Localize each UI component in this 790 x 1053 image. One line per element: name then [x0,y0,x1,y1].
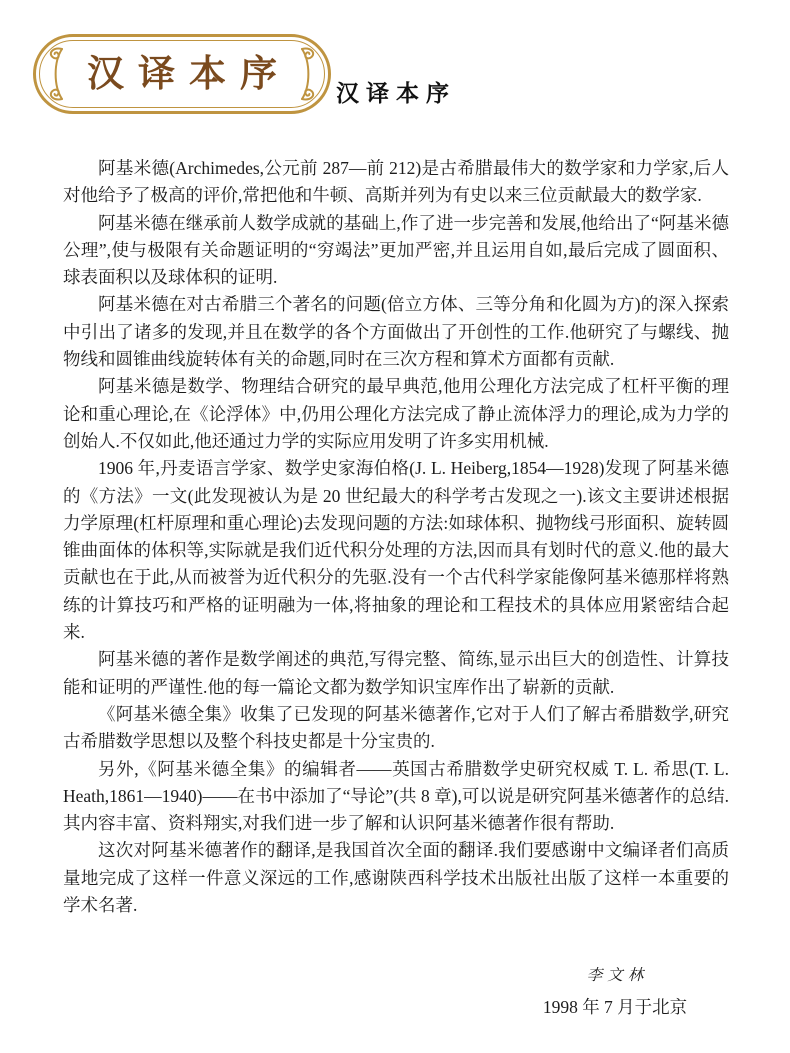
paragraph: 阿基米德在对古希腊三个著名的问题(倍立方体、三等分角和化圆为方)的深入探索中引出… [63,291,729,373]
paragraph: 阿基米德的著作是数学阐述的典范,写得完整、简练,显示出巨大的创造性、计算技能和证… [63,646,729,701]
paragraph: 阿基米德在继承前人数学成就的基础上,作了进一步完善和发展,他给出了“阿基米德公理… [63,210,729,292]
scroll-ornament-right-icon [296,46,318,102]
page-title: 汉译本序 [336,82,456,105]
preface-body: 阿基米德(Archimedes,公元前 287—前 212)是古希腊最伟大的数学… [63,155,729,919]
chapter-title-badge-inner-frame: 汉译本序 [39,40,325,108]
book-page: 汉译本序 汉译本序 阿基米德(Archimedes,公元前 287—前 212)… [0,0,790,1053]
chapter-title-badge-text: 汉译本序 [87,56,291,93]
paragraph: 阿基米德是数学、物理结合研究的最早典范,他用公理化方法完成了杠杆平衡的理论和重心… [63,373,729,455]
paragraph: 《阿基米德全集》收集了已发现的阿基米德著作,它对于人们了解古希腊数学,研究古希腊… [63,701,729,756]
paragraph: 另外,《阿基米德全集》的编辑者——英国古希腊数学史研究权威 T. L. 希思(T… [63,756,729,838]
scroll-ornament-left-icon [46,46,68,102]
paragraph: 阿基米德(Archimedes,公元前 287—前 212)是古希腊最伟大的数学… [63,155,729,210]
signature-author: 李文林 [500,968,735,984]
signature-block: 李文林 1998 年 7 月于北京 [500,968,730,1016]
paragraph: 1906 年,丹麦语言学家、数学史家海伯格(J. L. Heiberg,1854… [63,455,729,646]
paragraph: 这次对阿基米德著作的翻译,是我国首次全面的翻译.我们要感谢中文编译者们高质量地完… [63,837,729,919]
chapter-title-badge: 汉译本序 [33,34,331,114]
signature-date: 1998 年 7 月于北京 [500,999,730,1017]
